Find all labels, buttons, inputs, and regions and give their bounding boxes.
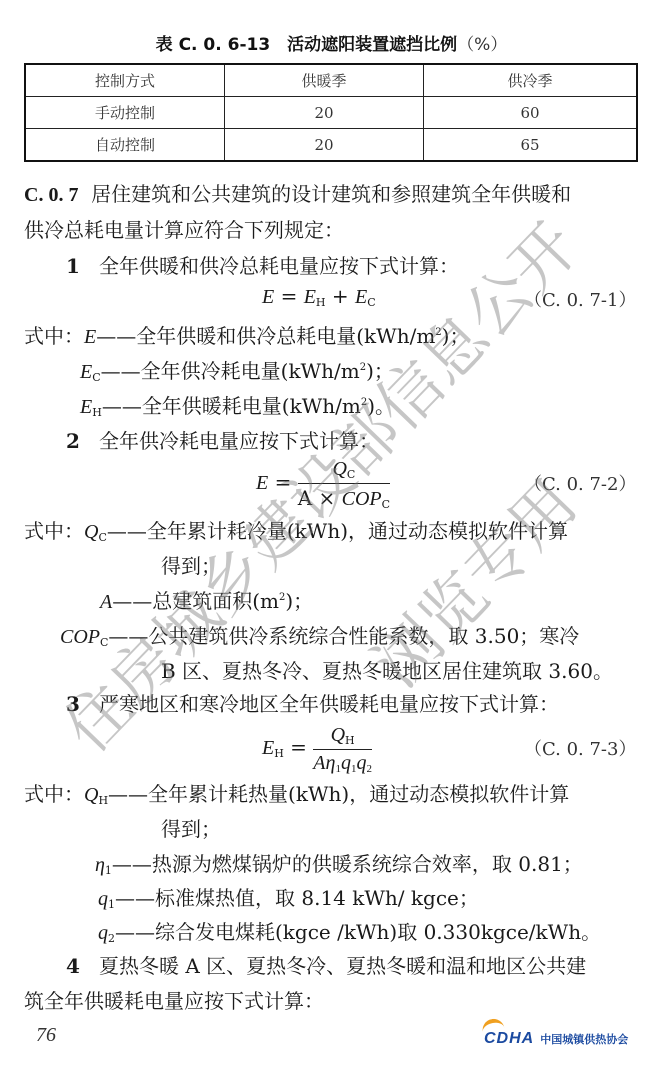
where-label: 式中： <box>24 324 84 348</box>
formula-c-0-7-1: E = EH + EC <box>262 284 376 309</box>
formula-symbol: E <box>304 286 316 308</box>
fraction-numerator: QC <box>298 456 390 484</box>
cell-heating: 20 <box>225 97 424 129</box>
cell-cooling: 65 <box>424 129 638 162</box>
table-title-text: 表 C. 0. 6-13 活动遮阳装置遮挡比例 <box>156 35 458 55</box>
formula-symbol: E <box>256 472 268 494</box>
formula-subscript: H <box>316 296 326 309</box>
def-text: 全年供暖耗电量(kWh/m <box>142 394 361 418</box>
def-subscript: 1 <box>105 864 112 877</box>
item-4: 4 夏热冬暖 A 区、夏热冬冷、夏热冬暖和温和地区公共建 <box>66 950 586 979</box>
def-text: 全年累计耗热量(kWh)，通过动态模拟软件计算 <box>148 782 569 806</box>
shading-ratio-table: 控制方式 供暖季 供冷季 手动控制 20 60 自动控制 20 65 <box>24 63 638 162</box>
cell-cooling: 60 <box>424 97 638 129</box>
section-text: 居住建筑和公共建筑的设计建筑和参照建筑全年供暖和 <box>91 182 571 206</box>
formula-subscript: C <box>382 498 390 511</box>
formula-subscript: H <box>345 734 355 747</box>
definition-Eh: EH——全年供暖耗电量(kWh/m2)。 <box>80 390 395 419</box>
definition-E: 式中：E——全年供暖和供冷总耗电量(kWh/m2)； <box>24 320 469 349</box>
def-dash: —— <box>96 324 136 348</box>
def-text: 总建筑面积(m <box>152 589 279 613</box>
item-text-cont: 筑全年供暖耗电量应按下式计算： <box>24 985 324 1014</box>
association-logo: CDHA 中国城镇供热协会 <box>484 1030 628 1048</box>
formula-subscript: C <box>347 468 355 481</box>
cell-heating: 20 <box>225 129 424 162</box>
def-symbol: Q <box>84 784 98 806</box>
def-tail: )； <box>442 324 470 348</box>
def-text: 全年累计耗冷量(kWh)，通过动态模拟软件计算 <box>147 519 568 543</box>
equation-number: （C. 0. 7-2） <box>524 470 636 496</box>
definition-Qc: 式中：QC——全年累计耗冷量(kWh)，通过动态模拟软件计算 <box>24 515 568 544</box>
definition-COPc: COPC——公共建筑供冷系统综合性能系数，取 3.50；寒冷 <box>60 620 579 649</box>
def-tail: )。 <box>367 394 395 418</box>
header-control-mode: 控制方式 <box>25 64 225 97</box>
table-row: 手动控制 20 60 <box>25 97 637 129</box>
item-number: 2 <box>66 429 80 453</box>
formula-symbol: Q <box>331 724 345 746</box>
def-text-cont: B 区、夏热冬冷、夏热冬暖地区居住建筑取 3.60。 <box>161 655 613 684</box>
formula-subscript: 2 <box>366 763 372 775</box>
formula-symbol: E <box>262 737 274 759</box>
item-2: 2 全年供冷耗电量应按下式计算： <box>66 425 379 454</box>
fraction: QHAη1q1q2 <box>313 722 372 775</box>
item-3: 3 严寒地区和寒冷地区全年供暖耗电量应按下式计算： <box>66 688 559 717</box>
item-text: 夏热冬暖 A 区、夏热冬冷、夏热冬暖和温和地区公共建 <box>99 954 586 978</box>
def-dash: —— <box>115 886 155 910</box>
equation-number: （C. 0. 7-1） <box>524 286 636 312</box>
cell-mode: 手动控制 <box>25 97 225 129</box>
formula-operator: + <box>326 284 355 308</box>
definition-Ec: EC——全年供冷耗电量(kWh/m2)； <box>80 355 394 384</box>
item-number: 4 <box>66 954 80 978</box>
formula-operator: = <box>284 735 313 759</box>
def-text: 公共建筑供冷系统综合性能系数，取 3.50；寒冷 <box>148 624 579 648</box>
def-dash: —— <box>107 519 147 543</box>
def-dash: —— <box>108 782 148 806</box>
where-label: 式中： <box>24 519 84 543</box>
def-symbol: COP <box>60 626 100 648</box>
def-dash: —— <box>108 624 148 648</box>
formula-operator: = <box>268 470 297 494</box>
where-label: 式中： <box>24 782 84 806</box>
def-symbol: η <box>95 854 105 876</box>
def-symbol: Q <box>84 521 98 543</box>
def-tail: )； <box>366 359 394 383</box>
formula-symbol: COP <box>342 488 382 510</box>
logo-mark: CDHA <box>484 1030 534 1048</box>
def-subscript: H <box>98 794 108 807</box>
header-heating-season: 供暖季 <box>225 64 424 97</box>
def-text: 全年供暖和供冷总耗电量(kWh/m <box>136 324 435 348</box>
def-symbol: q <box>98 888 108 910</box>
item-1: 1 全年供暖和供冷总耗电量应按下式计算： <box>66 250 459 279</box>
def-subscript: C <box>98 531 106 544</box>
item-text: 全年供冷耗电量应按下式计算： <box>99 429 379 453</box>
item-text: 全年供暖和供冷总耗电量应按下式计算： <box>99 254 459 278</box>
def-symbol: E <box>84 326 96 348</box>
def-dash: —— <box>112 852 152 876</box>
definition-q1: q1——标准煤热值，取 8.14 kWh/ kgce； <box>98 882 479 911</box>
def-tail: )； <box>285 589 313 613</box>
item-number: 1 <box>66 254 80 278</box>
logo-org-name: 中国城镇供热协会 <box>540 1031 628 1047</box>
equation-number: （C. 0. 7-3） <box>524 735 636 761</box>
def-symbol: A <box>100 591 112 613</box>
section-line-2: 供冷总耗电量计算应符合下列规定： <box>24 214 344 243</box>
formula-symbol: Aη <box>313 752 335 774</box>
definition-q2: q2——综合发电煤耗(kgce /kWh)取 0.330kgce/kWh。 <box>98 916 601 945</box>
section-line-1: C. 0. 7 居住建筑和公共建筑的设计建筑和参照建筑全年供暖和 <box>24 178 571 207</box>
def-dash: —— <box>112 589 152 613</box>
item-number: 3 <box>66 692 80 716</box>
formula-c-0-7-3: EH = QHAη1q1q2 <box>262 722 372 775</box>
definition-eta1: η1——热源为燃煤锅炉的供暖系统综合效率，取 0.81； <box>95 848 583 877</box>
def-text: 综合发电煤耗(kgce /kWh)取 0.330kgce/kWh。 <box>155 920 601 944</box>
def-dash: —— <box>101 359 141 383</box>
item-text: 严寒地区和寒冷地区全年供暖耗电量应按下式计算： <box>99 692 559 716</box>
cell-mode: 自动控制 <box>25 129 225 162</box>
table-title: 表 C. 0. 6-13 活动遮阳装置遮挡比例（%） <box>0 30 663 55</box>
def-subscript: 1 <box>108 898 115 911</box>
section-text-cont: 供冷总耗电量计算应符合下列规定： <box>24 218 344 242</box>
def-subscript: C <box>92 371 100 384</box>
formula-subscript: C <box>367 296 375 309</box>
table-title-unit: （%） <box>457 35 507 55</box>
formula-symbol: A <box>298 486 312 510</box>
definition-Qh: 式中：QH——全年累计耗热量(kWh)，通过动态模拟软件计算 <box>24 778 569 807</box>
formula-subscript: H <box>274 747 284 760</box>
def-symbol: q <box>98 922 108 944</box>
table-row: 自动控制 20 65 <box>25 129 637 162</box>
formula-c-0-7-2: E = QCA × COPC <box>256 456 390 511</box>
formula-operator: = <box>274 284 303 308</box>
def-text: 热源为燃煤锅炉的供暖系统综合效率，取 0.81； <box>152 852 583 876</box>
fraction-numerator: QH <box>313 722 372 750</box>
fraction-denominator: Aη1q1q2 <box>313 750 372 775</box>
formula-symbol: E <box>355 286 367 308</box>
header-cooling-season: 供冷季 <box>424 64 638 97</box>
fraction: QCA × COPC <box>298 456 390 511</box>
formula-symbol: q <box>341 752 351 774</box>
section-number: C. 0. 7 <box>24 184 78 206</box>
formula-symbol: q <box>356 752 366 774</box>
def-text: 标准煤热值，取 8.14 kWh/ kgce； <box>155 886 479 910</box>
formula-symbol: E <box>262 286 274 308</box>
def-text-cont: 得到； <box>161 813 221 842</box>
table-header-row: 控制方式 供暖季 供冷季 <box>25 64 637 97</box>
def-dash: —— <box>115 920 155 944</box>
def-subscript: 2 <box>108 932 115 945</box>
def-text-cont: 得到； <box>161 550 221 579</box>
def-symbol: E <box>80 361 92 383</box>
fraction-denominator: A × COPC <box>298 484 390 511</box>
def-symbol: E <box>80 396 92 418</box>
def-subscript: H <box>92 406 102 419</box>
def-dash: —— <box>102 394 142 418</box>
def-text: 全年供冷耗电量(kWh/m <box>141 359 360 383</box>
page-number: 76 <box>36 1024 56 1047</box>
formula-symbol: Q <box>332 458 346 480</box>
definition-A: A——总建筑面积(m2)； <box>100 585 313 614</box>
formula-operator: × <box>312 486 341 510</box>
